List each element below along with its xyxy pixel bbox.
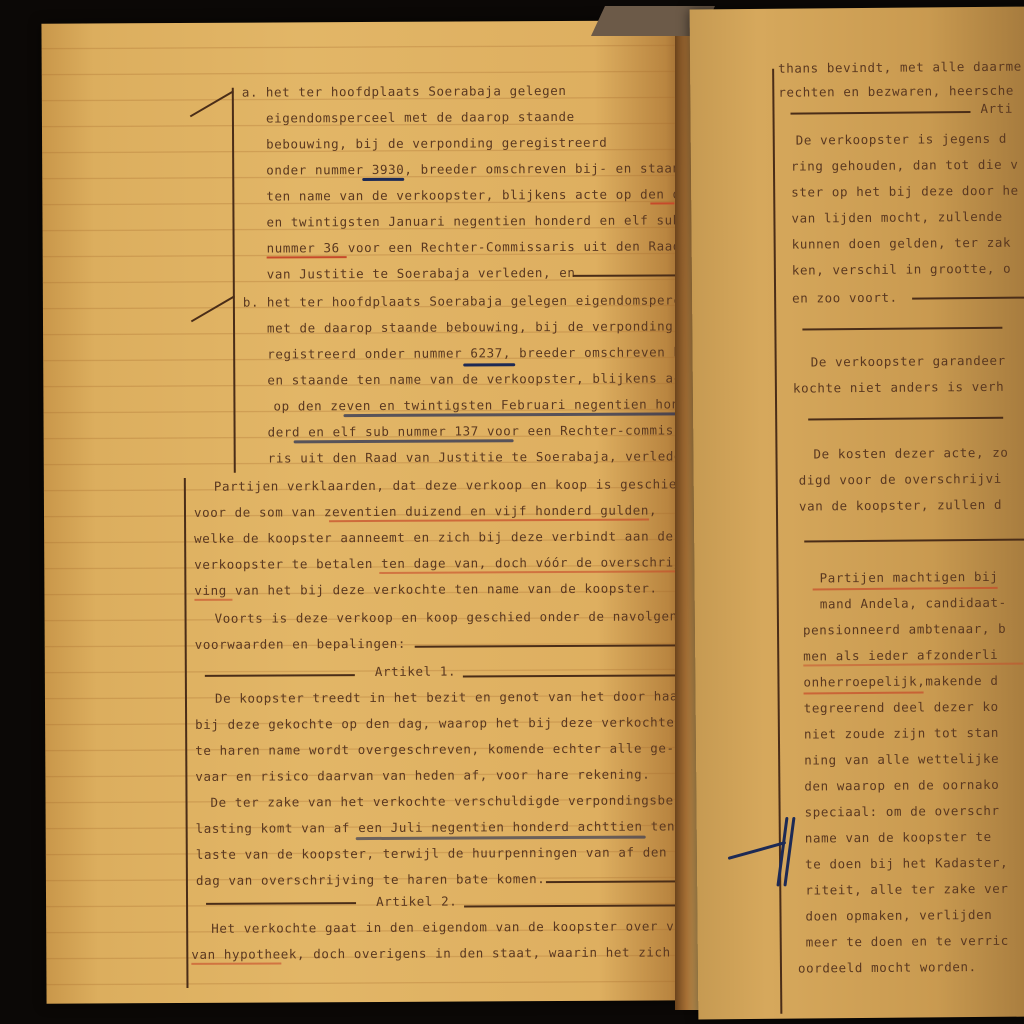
blue-underline-date	[343, 412, 683, 417]
item-a-line: het ter hoofdplaats Soerabaja gelegen	[266, 83, 567, 100]
right-line: name van de koopster te	[805, 829, 992, 846]
right-line: den waarop en de oornako	[804, 777, 999, 794]
heading-rule-left	[206, 902, 356, 905]
item-a-line: onder nummer 3930, breeder omschreven bi…	[266, 160, 697, 177]
right-page: thans bevindt, met alle daarme rechten e…	[690, 7, 1024, 1020]
margin-bracket-main	[184, 478, 189, 988]
item-a-line: bebouwing, bij de verponding geregistree…	[266, 135, 607, 152]
item-a-marker: a.	[242, 85, 258, 100]
right-line: te doen bij het Kadaster,	[805, 855, 1008, 872]
article-2-line: van hypotheek, doch overigens in den sta…	[191, 944, 670, 962]
right-line: mand Andela, candidaat-	[820, 595, 1007, 612]
blue-underline-juli	[356, 836, 646, 841]
article-1-line: laste van de koopster, terwijl de huurpe…	[196, 844, 667, 861]
fill-line	[573, 274, 683, 277]
article-2-heading: Artikel 2.	[376, 894, 457, 909]
right-line: tegreerend deel dezer ko	[804, 699, 999, 716]
right-line: onherroepelijk,makende d	[803, 673, 998, 690]
conditions-line: Voorts is deze verkoop en koop geschied …	[215, 608, 694, 626]
red-underline-ving	[194, 599, 232, 601]
sale-line: welke de koopster aanneemt en zich bij d…	[194, 528, 673, 546]
right-line: ken, verschil in grootte, o	[792, 261, 1012, 278]
left-page: a. het ter hoofdplaats Soerabaja gelegen…	[41, 20, 696, 1003]
heading-rule-right	[463, 674, 688, 677]
blue-underline-6237	[463, 363, 515, 366]
conditions-line: voorwaarden en bepalingen:	[195, 636, 406, 652]
right-line: De kosten dezer acte, zo	[813, 445, 1008, 462]
right-line: men als ieder afzonderli	[803, 647, 998, 664]
section-rule	[804, 538, 1024, 542]
sale-line: voor de som van zeventien duizend en vij…	[194, 502, 657, 519]
sale-line: ving van het bij deze verkochte ten name…	[194, 580, 657, 597]
item-b-line: registreerd onder nummer 6237, breeder o…	[267, 344, 698, 361]
right-line: De verkoopster is jegens d	[796, 131, 1007, 148]
heading-rule-right	[464, 904, 689, 907]
bracket-tick-b	[191, 295, 235, 322]
article-1-line: De ter zake van het verkochte verschuldi…	[210, 792, 681, 809]
right-line: ster op het bij deze door he	[791, 183, 1019, 200]
section-rule	[808, 417, 1003, 421]
red-underline-nummer-36	[267, 256, 347, 258]
item-a-line: van Justitie te Soerabaja verleden, en	[267, 265, 576, 282]
bracket-tick-a	[190, 90, 234, 117]
article-1-line: lasting komt van af een Juli negentien h…	[196, 818, 675, 836]
right-line: ring gehouden, dan tot die v	[791, 157, 1019, 174]
item-a-line: en twintigsten Januari negentien honderd…	[266, 212, 680, 229]
margin-bracket-a-b	[232, 88, 236, 473]
red-underline-drie	[650, 202, 674, 204]
article-1-line: dag van overschrijving te haren bate kom…	[196, 871, 545, 888]
right-line: kunnen doen gelden, ter zak	[792, 235, 1012, 252]
red-underline-hypotheek	[191, 962, 281, 964]
right-line: kochte niet anders is verh	[793, 379, 1004, 396]
item-b-line: ris uit den Raad van Justitie te Soeraba…	[268, 448, 699, 465]
right-line: riteit, alle ter zake ver	[805, 881, 1008, 898]
right-line: digd voor de overschrijvi	[799, 471, 1002, 488]
section-rule	[802, 327, 1002, 331]
right-line: en zoo voort.	[792, 290, 898, 306]
fill-line	[912, 297, 1024, 300]
blue-underline-sub-137	[294, 439, 514, 443]
right-article-heading: Arti	[980, 101, 1013, 116]
item-a-line: eigendomsperceel met de daarop staande	[266, 109, 575, 126]
red-underline-onherroepelijk	[804, 691, 924, 694]
item-a-line: nummer 36 voor een Rechter-Commissaris u…	[267, 238, 681, 255]
right-line: thans bevindt, met alle daarme	[778, 59, 1022, 76]
red-underline-price	[329, 519, 649, 523]
right-line: De verkoopster garandeer	[811, 353, 1006, 370]
right-line: doen opmaken, verlijden	[805, 907, 992, 924]
item-b-line: en staande ten name van de verkoopster, …	[267, 370, 698, 387]
right-line: niet zoude zijn tot stan	[804, 725, 999, 742]
item-b-line: derd en elf sub nummer 137 voor een Rech…	[268, 422, 699, 439]
right-line: ning van alle wettelijke	[804, 751, 999, 768]
item-b-line: met de daarop staande bebouwing, bij de …	[267, 318, 706, 335]
article-2-line: Het verkochte gaat in den eigendom van d…	[211, 918, 699, 936]
item-b-line: op den zeven en twintigsten Februari neg…	[273, 396, 687, 413]
blue-pencil-mark	[728, 841, 787, 860]
fill-line	[415, 644, 685, 647]
right-line: meer te doen en te verric	[806, 933, 1009, 950]
article-1-line: te haren name wordt overgeschreven, kome…	[195, 740, 674, 758]
right-line: rechten en bezwaren, heersche	[778, 83, 1014, 100]
article-1-heading: Artikel 1.	[375, 664, 456, 679]
right-line: pensionneerd ambtenaar, b	[803, 621, 1006, 638]
right-line: oordeeld mocht worden.	[798, 959, 977, 976]
blue-underline-3930	[362, 178, 404, 181]
item-b-line: het ter hoofdplaats Soerabaja gelegen ei…	[267, 292, 706, 309]
heading-rule-left	[205, 674, 355, 677]
red-underline-machtigen	[813, 587, 998, 591]
article-1-line: vaar en risico daarvan van heden af, voo…	[195, 767, 650, 784]
right-line: Partijen machtigen bij	[819, 569, 998, 586]
item-a-line: ten name van de verkoopster, blijkens ac…	[266, 186, 705, 203]
red-underline-ten-dage	[379, 570, 679, 574]
item-b-marker: b.	[243, 295, 259, 310]
sale-line: Partijen verklaarden, dat deze verkoop e…	[214, 476, 685, 493]
heading-rule	[791, 111, 971, 115]
right-line: van lijden mocht, zullende	[791, 209, 1002, 226]
right-line: van de koopster, zullen d	[799, 497, 1002, 514]
fill-line	[546, 880, 686, 883]
sale-line: verkoopster te betalen ten dage van, doc…	[194, 554, 690, 572]
article-1-line: bij deze gekochte op den dag, waarop het…	[195, 714, 674, 732]
right-line: speciaal: om de overschr	[805, 803, 1000, 820]
article-1-line: De koopster treedt in het bezit en genot…	[215, 688, 686, 705]
